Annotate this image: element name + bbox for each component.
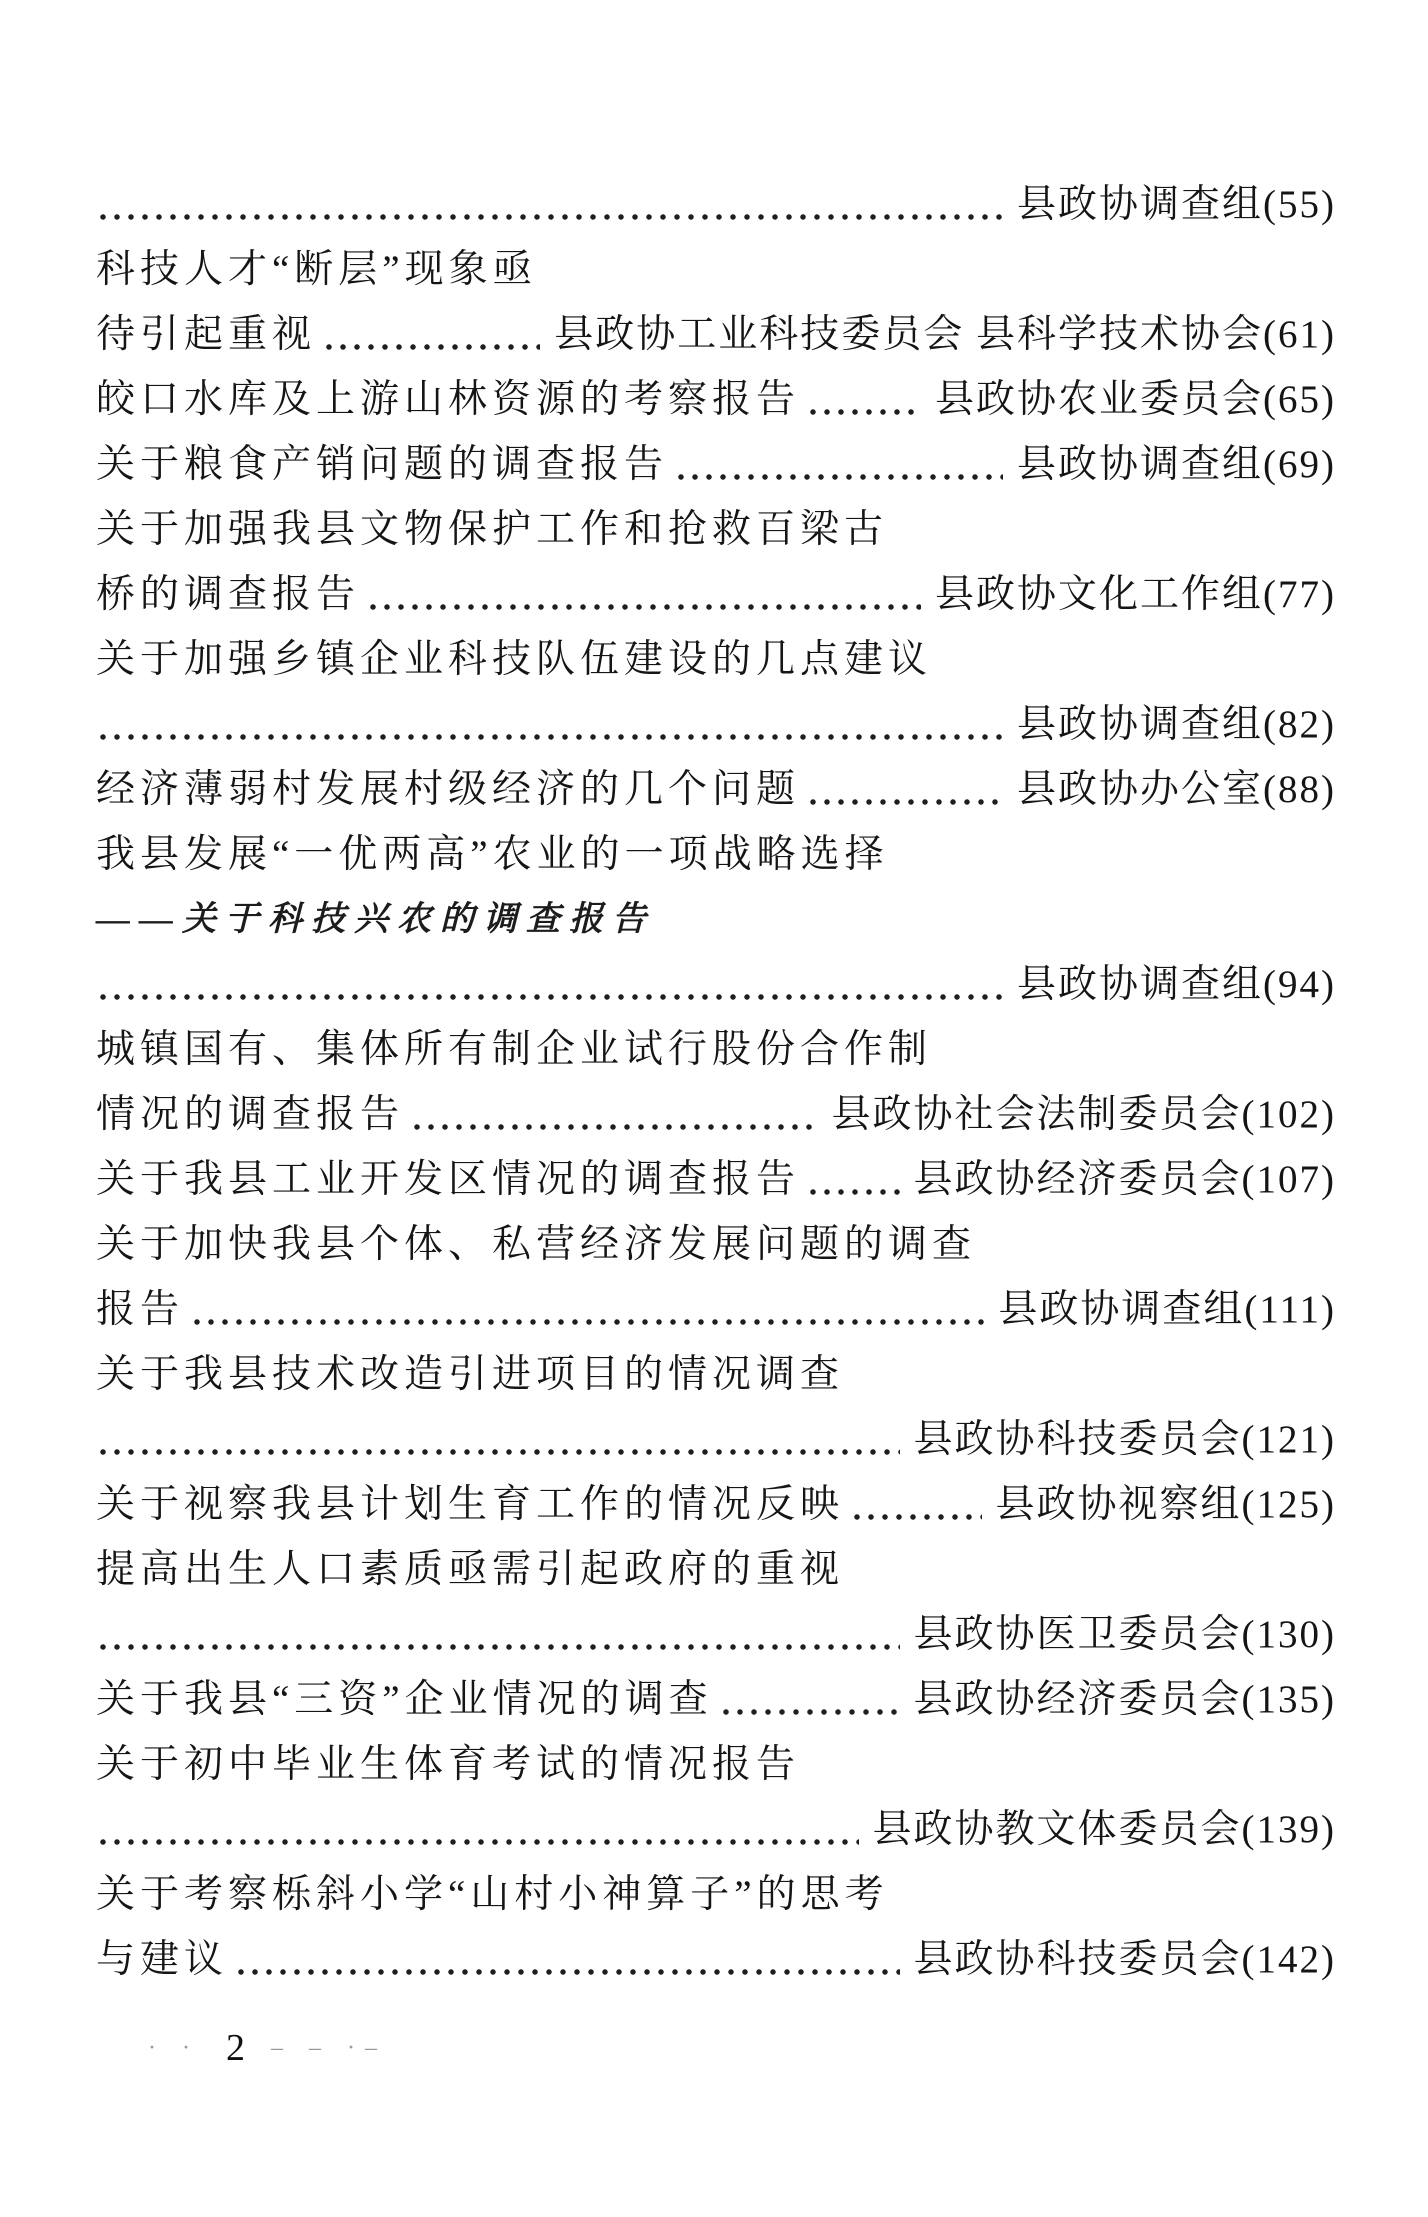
- entry-ref: 县政协经济委员会(135): [914, 1667, 1336, 1732]
- entry-title: 桥的调查报告: [96, 562, 360, 627]
- toc-line: 城镇国有、集体所有制企业试行股份合作制: [96, 1017, 1336, 1082]
- entry-ref: 县政协办公室(88): [1017, 757, 1336, 822]
- page-footer: · · 2 – – ·–: [96, 2024, 1336, 2072]
- entry-title: 我县发展“一优两高”农业的一项战略选择: [96, 822, 889, 887]
- entry-title: 提高出生人口素质亟需引起政府的重视: [96, 1537, 844, 1602]
- entry-ref: 县政协教文体委员会(139): [873, 1797, 1336, 1862]
- entry-title: 待引起重视: [96, 302, 316, 367]
- toc-line: 县政协调查组(82): [96, 692, 1336, 757]
- toc-line: 经济薄弱村发展村级经济的几个问题县政协办公室(88): [96, 757, 1336, 822]
- toc-line: 皎口水库及上游山林资源的考察报告县政协农业委员会(65): [96, 367, 1336, 432]
- entry-ref: 县政协调查组(55): [1017, 172, 1336, 237]
- entry-title: 报告: [96, 1277, 184, 1342]
- toc-line: 关于加快我县个体、私营经济发展问题的调查: [96, 1212, 1336, 1277]
- entry-title: 与建议: [96, 1927, 228, 1992]
- dot-leader: [410, 1082, 818, 1147]
- toc-line: 关于考察栎斜小学“山村小神算子”的思考: [96, 1862, 1336, 1927]
- dot-leader: [719, 1667, 900, 1732]
- toc-line: 县政协教文体委员会(139): [96, 1797, 1336, 1862]
- dot-leader: [806, 757, 1003, 822]
- dot-leader: [190, 1277, 984, 1342]
- scan-mark-left: · ·: [148, 2024, 200, 2072]
- entry-title: 关于我县“三资”企业情况的调查: [96, 1667, 713, 1732]
- toc-line: 县政协调查组(94): [96, 952, 1336, 1017]
- entry-ref: 县政协视察组(125): [996, 1472, 1336, 1537]
- entry-ref: 县政协工业科技委员会 县科学技术协会(61): [554, 302, 1336, 367]
- entry-title: 经济薄弱村发展村级经济的几个问题: [96, 757, 800, 822]
- entry-title: 关于我县工业开发区情况的调查报告: [96, 1147, 800, 1212]
- toc-line: 与建议县政协科技委员会(142): [96, 1927, 1336, 1992]
- entry-title: 科技人才“断层”现象亟: [96, 237, 537, 302]
- entry-ref: 县政协文化工作组(77): [935, 562, 1336, 627]
- dot-leader: [806, 1147, 900, 1212]
- entry-ref: 县政协科技委员会(142): [914, 1927, 1336, 1992]
- dot-leader: [674, 432, 1003, 497]
- toc-line: 县政协调查组(55): [96, 172, 1336, 237]
- toc-line: 情况的调查报告县政协社会法制委员会(102): [96, 1082, 1336, 1147]
- dot-leader: [96, 952, 1003, 1017]
- entry-ref: 县政协医卫委员会(130): [914, 1602, 1336, 1667]
- toc-line: 关于我县“三资”企业情况的调查县政协经济委员会(135): [96, 1667, 1336, 1732]
- toc-line: 关于视察我县计划生育工作的情况反映县政协视察组(125): [96, 1472, 1336, 1537]
- dot-leader: [96, 692, 1003, 757]
- entry-title: ——关于科技兴农的调查报告: [96, 887, 655, 952]
- entry-ref: 县政协农业委员会(65): [935, 367, 1336, 432]
- dot-leader: [322, 302, 540, 367]
- toc-line: 科技人才“断层”现象亟: [96, 237, 1336, 302]
- entry-title: 城镇国有、集体所有制企业试行股份合作制: [96, 1017, 932, 1082]
- toc-line: 关于加强乡镇企业科技队伍建设的几点建议: [96, 627, 1336, 692]
- dot-leader: [850, 1472, 982, 1537]
- dot-leader: [366, 562, 921, 627]
- entry-title: 情况的调查报告: [96, 1082, 404, 1147]
- dot-leader: [96, 1602, 900, 1667]
- entry-title: 皎口水库及上游山林资源的考察报告: [96, 367, 800, 432]
- entry-ref: 县政协调查组(69): [1017, 432, 1336, 497]
- entry-title: 关于考察栎斜小学“山村小神算子”的思考: [96, 1862, 889, 1927]
- entry-ref: 县政协经济委员会(107): [914, 1147, 1336, 1212]
- page: 县政协调查组(55)科技人才“断层”现象亟待引起重视县政协工业科技委员会 县科学…: [0, 0, 1428, 2217]
- entry-title: 关于加强乡镇企业科技队伍建设的几点建议: [96, 627, 932, 692]
- dot-leader: [96, 1407, 900, 1472]
- dot-leader: [96, 1797, 859, 1862]
- entry-title: 关于初中毕业生体育考试的情况报告: [96, 1732, 800, 1797]
- toc-list: 县政协调查组(55)科技人才“断层”现象亟待引起重视县政协工业科技委员会 县科学…: [96, 172, 1336, 1992]
- entry-title: 关于我县技术改造引进项目的情况调查: [96, 1342, 844, 1407]
- toc-line: 关于加强我县文物保护工作和抢救百梁古: [96, 497, 1336, 562]
- entry-title: 关于加强我县文物保护工作和抢救百梁古: [96, 497, 888, 562]
- scan-mark-right: – – ·–: [271, 2024, 387, 2072]
- dot-leader: [96, 172, 1003, 237]
- toc-line: 关于粮食产销问题的调查报告县政协调查组(69): [96, 432, 1336, 497]
- entry-title: 关于视察我县计划生育工作的情况反映: [96, 1472, 844, 1537]
- toc-line: ——关于科技兴农的调查报告: [96, 887, 1336, 952]
- toc-line: 报告县政协调查组(111): [96, 1277, 1336, 1342]
- toc-line: 关于我县技术改造引进项目的情况调查: [96, 1342, 1336, 1407]
- toc-line: 待引起重视县政协工业科技委员会 县科学技术协会(61): [96, 302, 1336, 367]
- toc-line: 关于初中毕业生体育考试的情况报告: [96, 1732, 1336, 1797]
- toc-line: 关于我县工业开发区情况的调查报告县政协经济委员会(107): [96, 1147, 1336, 1212]
- toc-line: 我县发展“一优两高”农业的一项战略选择: [96, 822, 1336, 887]
- toc-line: 县政协科技委员会(121): [96, 1407, 1336, 1472]
- toc-line: 提高出生人口素质亟需引起政府的重视: [96, 1537, 1336, 1602]
- toc-line: 桥的调查报告县政协文化工作组(77): [96, 562, 1336, 627]
- page-number: 2: [226, 2024, 245, 2072]
- entry-ref: 县政协调查组(94): [1017, 952, 1336, 1017]
- entry-title: 关于粮食产销问题的调查报告: [96, 432, 668, 497]
- entry-ref: 县政协社会法制委员会(102): [832, 1082, 1336, 1147]
- entry-ref: 县政协调查组(111): [998, 1277, 1336, 1342]
- toc-line: 县政协医卫委员会(130): [96, 1602, 1336, 1667]
- dot-leader: [234, 1927, 900, 1992]
- entry-ref: 县政协科技委员会(121): [914, 1407, 1336, 1472]
- dot-leader: [806, 367, 921, 432]
- entry-title: 关于加快我县个体、私营经济发展问题的调查: [96, 1212, 976, 1277]
- entry-ref: 县政协调查组(82): [1017, 692, 1336, 757]
